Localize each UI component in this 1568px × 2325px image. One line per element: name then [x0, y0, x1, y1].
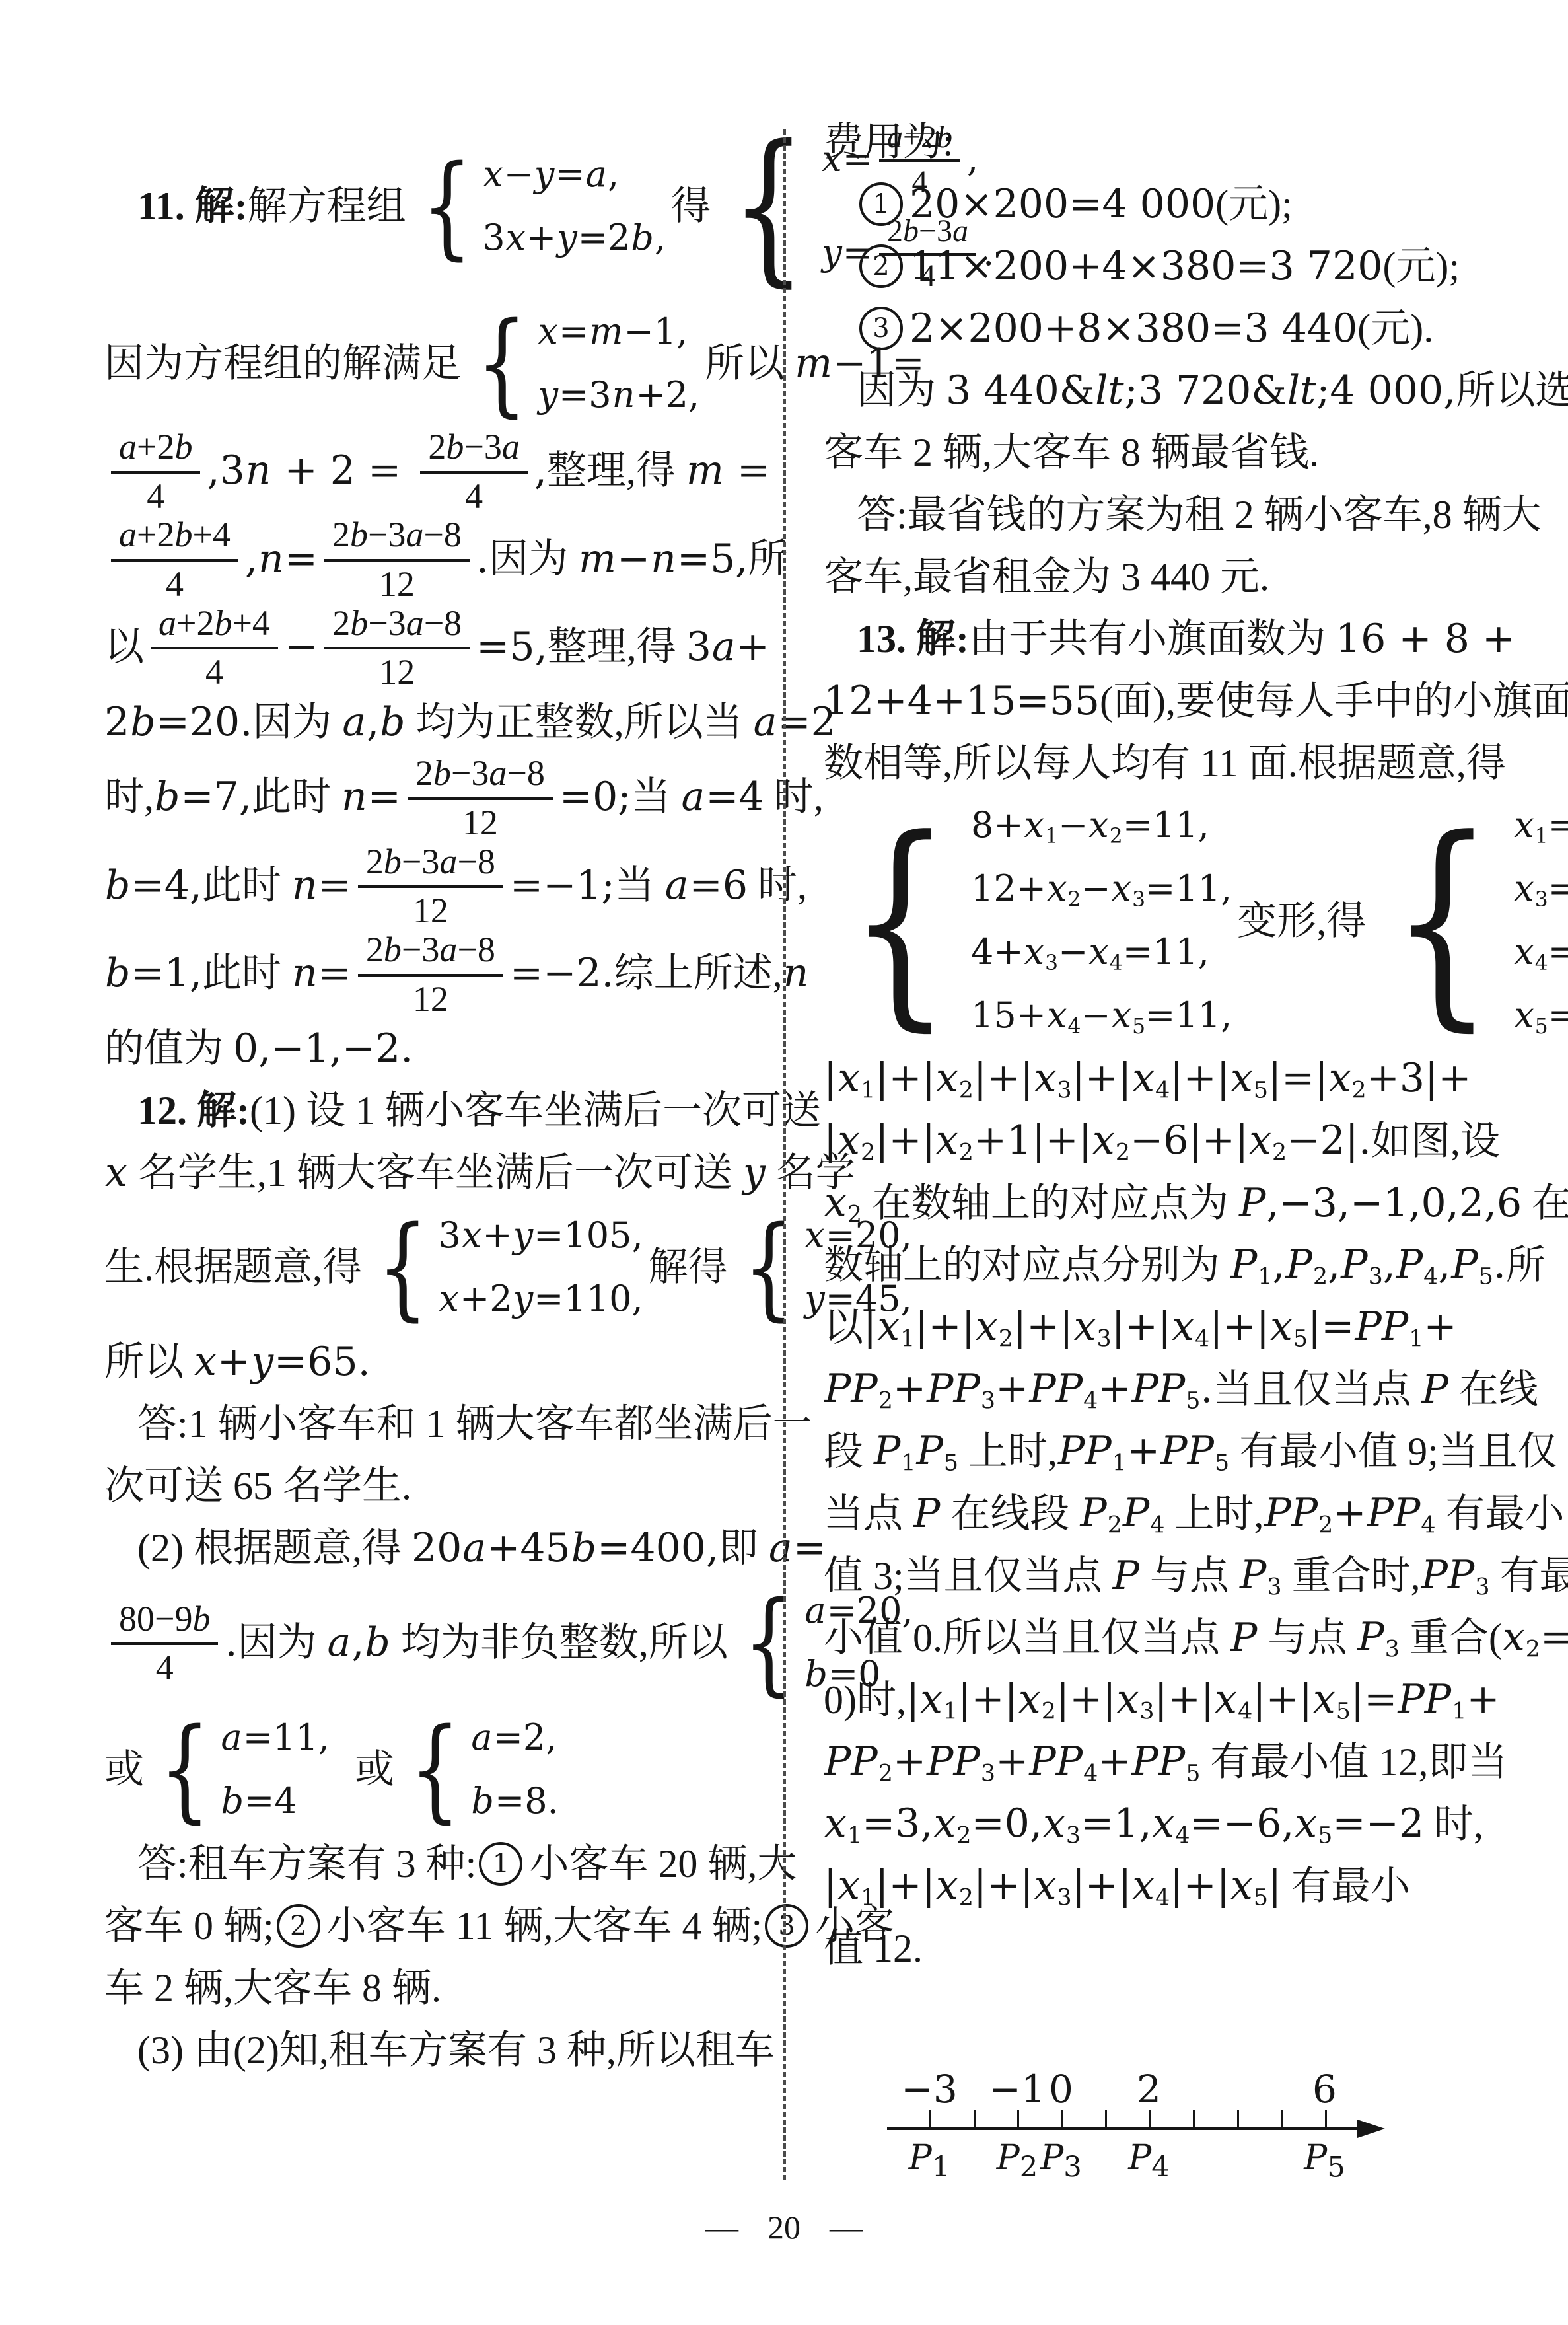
- system-rows: x=m−1,y=3n+2,: [538, 300, 700, 427]
- text-line: 12. 解:(1) 设 1 辆小客车坐满后一次可送: [104, 1080, 762, 1142]
- text-line: 次可送 65 名学生.: [104, 1455, 762, 1517]
- text-run: 即: [719, 1526, 768, 1571]
- workbook-page: 11. 解:解方程组{x−y=a,3x+y=2b,得{x=a+2b4,y=2b−…: [0, 0, 1568, 2325]
- axis-tick: [1017, 2110, 1019, 2129]
- system-row: x3=x2+1,: [1513, 858, 1568, 921]
- math-run: ,: [534, 448, 547, 494]
- column-divider: [783, 129, 786, 2180]
- system-row: 15+x4−x5=11,: [971, 984, 1232, 1048]
- fraction-denominator: 4: [156, 1645, 174, 1687]
- text-run: 由于共有小旗面数为: [969, 616, 1336, 662]
- text-run: (2) 根据题意,得: [137, 1526, 411, 1571]
- text-run: 与点: [1140, 1553, 1239, 1599]
- tick-value-label: −1: [989, 2067, 1046, 2112]
- math-run: 3a+: [686, 624, 769, 670]
- system-row: b=8.: [470, 1769, 558, 1833]
- system-rows: 3x+y=105,x+2y=110,: [439, 1204, 643, 1331]
- system-row: x4=x2−6,: [1513, 921, 1568, 984]
- fraction-numerator: 2b−3a−8: [408, 753, 553, 800]
- tick-value-label: −3: [901, 2067, 958, 2112]
- math-run: n=: [291, 951, 351, 996]
- text-line: 客车 0 辆;2小客车 11 辆,大客车 4 辆;3小客: [104, 1895, 762, 1957]
- equation-system: {x−y=a,3x+y=2b,: [411, 143, 666, 270]
- text-line: 答:1 辆小客车和 1 辆大客车都坐满后一: [104, 1393, 762, 1455]
- equation-system: {a=11,b=4: [149, 1706, 330, 1833]
- text-line: 值 3;当且仅当点 P 与点 P3 重合时,PP3 有最: [824, 1545, 1481, 1607]
- tick-value-label: 0: [1049, 2067, 1073, 2112]
- text-line: x1=3,x2=0,x3=1,x4=−6,x5=−2 时,: [824, 1793, 1481, 1855]
- point-label: P3: [1040, 2138, 1082, 2184]
- fraction: a+2b+44: [151, 603, 278, 691]
- math-run: 3x+y=2b,: [482, 217, 666, 258]
- text-run: 因为: [857, 368, 946, 414]
- text-run: 所以: [104, 1339, 194, 1385]
- text-run: (1) 设 1 辆小客车坐满后一次可送: [250, 1088, 821, 1134]
- text-run: 所: [1506, 1243, 1546, 1288]
- text-run: 时,: [104, 774, 154, 820]
- text-line: 120×200=4 000(元);: [824, 173, 1481, 235]
- fraction-numerator: 80−9b: [111, 1599, 218, 1646]
- point-label: P2: [997, 2138, 1038, 2184]
- math-run: 15+x4−x5=11,: [971, 995, 1232, 1037]
- math-run: a,b: [327, 1620, 391, 1666]
- text-run: 客车 0 辆;: [104, 1903, 274, 1949]
- text-run: 以: [104, 624, 144, 670]
- fraction: a+2b+44: [111, 515, 238, 603]
- text-run: 小值 0.所以当且仅当点: [824, 1615, 1230, 1661]
- equation-system: {a=2,b=8.: [400, 1706, 559, 1833]
- text-line: PP2+PP3+PP4+PP5.当且仅当点 P 在线: [824, 1358, 1481, 1421]
- system-row: x−y=a,: [482, 143, 666, 206]
- text-line: 13. 解:由于共有小旗面数为 16 + 8 +: [824, 608, 1481, 670]
- math-run: PP2+PP4: [1264, 1491, 1435, 1537]
- fraction: 2b−3a−812: [324, 515, 470, 603]
- text-line: (3) 由(2)知,租车方案有 3 种,所以租车: [104, 2019, 762, 2081]
- left-brace-icon: {: [849, 815, 951, 1027]
- text-run: 车 2 辆,大客车 8 辆.: [104, 1966, 441, 2011]
- answer-marker: 13. 解:: [857, 616, 969, 662]
- math-run: a=: [768, 1526, 826, 1571]
- text-run: 时,: [748, 863, 807, 908]
- math-run: 0,−1,−2.: [233, 1026, 413, 1072]
- left-brace-icon: {: [421, 153, 472, 260]
- axis-tick: [1237, 2110, 1239, 2129]
- math-run: P: [1230, 1615, 1258, 1661]
- text-line: 因为 3 440&lt;3 720&lt;4 000,所以选择租小: [824, 359, 1481, 422]
- math-run: 4+x3−x4=11,: [971, 932, 1209, 974]
- text-line: a+2b4,3n + 2 = 2b−3a4,整理,得 m =: [104, 427, 762, 515]
- circled-number: 3: [765, 1904, 808, 1948]
- footer-dash-right: —: [830, 2208, 863, 2246]
- axis-tick: [1061, 2110, 1063, 2129]
- circled-number: 2: [277, 1904, 320, 1948]
- system-row: 12+x2−x3=11,: [971, 858, 1232, 921]
- text-line: 车 2 辆,大客车 8 辆.: [104, 1957, 762, 2019]
- text-run: 当: [631, 774, 681, 820]
- text-run: 有最小: [1435, 1491, 1564, 1537]
- text-line: 生.根据题意,得{3x+y=105,x+2y=110,解得{x=20,y=45,: [104, 1204, 762, 1331]
- text-line: {8+x1−x2=11,12+x2−x3=11,4+x3−x4=11,15+x4…: [824, 794, 1481, 1048]
- axis-tick: [929, 2110, 931, 2129]
- system-row: x+2y=110,: [439, 1267, 643, 1331]
- answer-marker: 11. 解:: [137, 184, 248, 229]
- text-run: 时,: [764, 774, 824, 820]
- axis-tick: [974, 2110, 976, 2129]
- text-run: (元);: [1382, 244, 1460, 289]
- text-run: 次可送 65 名学生.: [104, 1463, 411, 1509]
- text-run: 因为: [252, 700, 341, 745]
- text-run: 重合(: [1400, 1615, 1502, 1661]
- math-run: x=m−1,: [538, 311, 688, 352]
- text-run: 值 12.: [824, 1926, 923, 1972]
- text-line: b=4,此时 n=2b−3a−812=−1;当 a=6 时,: [104, 842, 762, 930]
- text-run: 答:最省钱的方案为租 2 辆小客车,8 辆大: [857, 492, 1542, 538]
- text-run: 段: [824, 1429, 873, 1475]
- text-run: 数相等,所以每人均有 11 面.根据题意,得: [824, 741, 1506, 786]
- fraction: 2b−3a−812: [324, 603, 470, 691]
- math-run: P1,P2,P3,P4,P5.: [1230, 1242, 1506, 1289]
- math-run: a=2,: [470, 1717, 557, 1758]
- math-run: P3: [1357, 1615, 1400, 1662]
- math-run: |x1|+|x2|+|x3|+|x4|+|x5|: [824, 1863, 1281, 1910]
- axis-tick: [1105, 2110, 1107, 2129]
- text-line: 段 P1P5 上时,PP1+PP5 有最小值 9;当且仅: [824, 1421, 1481, 1483]
- text-run: 所: [748, 536, 787, 582]
- point-label: P4: [1128, 2138, 1170, 2184]
- text-line: 费用为:: [824, 111, 1481, 173]
- text-run: 在数轴上的对应点为: [862, 1181, 1238, 1226]
- text-run: (面),要使每人手中的小旗面: [1100, 679, 1568, 724]
- text-run: 或: [104, 1747, 144, 1792]
- axis-arrow-icon: [1357, 2120, 1385, 2138]
- text-run: 在线段: [941, 1491, 1079, 1537]
- fraction: a+2b4: [111, 427, 200, 515]
- math-run: PP2+PP3+PP4+PP5.: [824, 1366, 1213, 1413]
- math-run: |x1|+|x2|+|x3|+|x4|+|x5|=PP1+: [863, 1304, 1457, 1351]
- math-run: n=: [341, 774, 401, 820]
- math-run: 3x+y=105,: [439, 1215, 643, 1256]
- point-label: P1: [909, 2138, 950, 2184]
- math-run: b=4,: [104, 863, 202, 908]
- math-run: b=8.: [470, 1781, 558, 1822]
- math-run: x5=x2−2,: [1513, 995, 1568, 1037]
- text-run: 值 3;当且仅当点: [824, 1553, 1112, 1599]
- system-row: x=m−1,: [538, 300, 700, 363]
- equation-system: {3x+y=105,x+2y=110,: [367, 1204, 643, 1331]
- axis-tick: [1193, 2110, 1195, 2129]
- fraction-numerator: 2b−3a−8: [358, 842, 503, 889]
- left-column: 11. 解:解方程组{x−y=a,3x+y=2b,得{x=a+2b4,y=2b−…: [104, 112, 762, 2081]
- fraction: 2b−3a−812: [358, 930, 503, 1017]
- fraction: 2b−3a−812: [358, 842, 503, 930]
- math-run: |x2|+|x2+1|+|x2−6|+|x2−2|.: [824, 1118, 1371, 1165]
- math-run: 12+4+15=55: [824, 679, 1100, 724]
- text-line: |x1|+|x2|+|x3|+|x4|+|x5|=|x2+3|+: [824, 1048, 1481, 1110]
- fraction-denominator: 12: [379, 562, 415, 603]
- math-run: x+y=65.: [194, 1339, 371, 1385]
- math-run: =5,: [476, 624, 548, 670]
- text-run: 在: [1522, 1181, 1568, 1226]
- math-run: P1P5: [873, 1428, 958, 1475]
- text-run: (元);: [1215, 182, 1293, 227]
- text-run: 所以选择租小: [1456, 368, 1568, 414]
- fraction-numerator: a+2b+4: [151, 603, 278, 650]
- math-run: 2×200+8×380=3 440: [909, 306, 1357, 351]
- text-run: 当: [615, 863, 664, 908]
- math-run: 8+x1−x2=11,: [971, 805, 1209, 847]
- axis-tick: [1149, 2110, 1151, 2129]
- text-line: 32×200+8×380=3 440(元).: [824, 297, 1481, 359]
- text-line: x 名学生,1 辆大客车坐满后一次可送 y 名学: [104, 1142, 762, 1204]
- math-run: n: [783, 951, 810, 996]
- math-run: PP3: [1421, 1553, 1490, 1600]
- number-line-figure: −3P1−1P20P32P46P5: [887, 2064, 1429, 2203]
- math-run: 20×200=4 000: [909, 182, 1215, 227]
- text-run: 此时: [252, 774, 341, 820]
- text-run: 此时: [202, 951, 291, 996]
- text-run: 与点: [1258, 1615, 1357, 1661]
- text-line: x2 在数轴上的对应点为 P,−3,−1,0,2,6 在: [824, 1172, 1481, 1234]
- math-run: n=: [291, 863, 351, 908]
- system-rows: x−y=a,3x+y=2b,: [482, 143, 666, 270]
- left-brace-icon: {: [410, 1716, 460, 1823]
- text-run: 因为: [238, 1620, 327, 1666]
- fraction: 2b−3a−812: [408, 753, 553, 841]
- math-run: 16 + 8 +: [1336, 616, 1515, 662]
- text-run: 整理,得: [547, 448, 686, 494]
- math-run: m =: [686, 448, 770, 494]
- text-line: 数相等,所以每人均有 11 面.根据题意,得: [824, 732, 1481, 794]
- system-row: 3x+y=105,: [439, 1204, 643, 1267]
- math-run: =−2.: [510, 951, 614, 996]
- text-line: 2b=20.因为 a,b 均为正整数,所以当 a=2: [104, 691, 762, 753]
- text-run: 费用为:: [824, 120, 954, 165]
- text-line: 的值为 0,−1,−2.: [104, 1017, 762, 1080]
- text-run: 有最小: [1281, 1864, 1410, 1909]
- math-run: PP2+PP3+PP4+PP5: [824, 1739, 1200, 1786]
- text-line: |x2|+|x2+1|+|x2−6|+|x2−2|.如图,设: [824, 1110, 1481, 1172]
- text-run: 因为: [489, 536, 578, 582]
- fraction-denominator: 12: [413, 977, 448, 1018]
- system-row: b=4: [221, 1769, 330, 1833]
- text-line: 以a+2b+44−2b−3a−812=5,整理,得 3a+: [104, 603, 762, 691]
- fraction-denominator: 12: [379, 649, 415, 691]
- text-line: 80−9b4.因为 a,b 均为非负整数,所以{a=20,b=0: [104, 1579, 762, 1706]
- text-run: 当点: [824, 1491, 913, 1537]
- axis-tick: [1325, 2110, 1327, 2129]
- left-brace-icon: {: [159, 1716, 210, 1823]
- text-run: 综上所述,: [614, 951, 783, 996]
- left-brace-icon: {: [377, 1214, 428, 1321]
- text-line: 所以 x+y=65.: [104, 1331, 762, 1393]
- text-run: 因为方程组的解满足: [104, 341, 461, 387]
- math-run: P: [1421, 1367, 1448, 1413]
- page-number: 20: [767, 2208, 801, 2246]
- text-run: 整理,得: [548, 624, 686, 670]
- text-run: 在线: [1449, 1367, 1538, 1413]
- text-line: a+2b+44,n=2b−3a−812.因为 m−n=5,所: [104, 515, 762, 603]
- text-line: 11. 解:解方程组{x−y=a,3x+y=2b,得{x=a+2b4,y=2b−…: [104, 112, 762, 300]
- answer-marker: 12. 解:: [137, 1088, 250, 1134]
- math-run: x1=3,x2=0,x3=1,x4=−6,x5=−2: [824, 1801, 1424, 1848]
- fraction-numerator: 2b−3a−8: [324, 603, 470, 650]
- math-run: a=11,: [221, 1717, 330, 1758]
- point-label: P5: [1304, 2138, 1345, 2184]
- math-run: 2b=20.: [104, 700, 252, 745]
- left-brace-icon: {: [476, 311, 527, 417]
- text-line: 值 12.: [824, 1917, 1481, 1979]
- page-footer: — 20 —: [652, 2208, 916, 2246]
- fraction-denominator: 12: [462, 800, 498, 842]
- text-line: 因为方程组的解满足{x=m−1,y=3n+2,所以 m−1=: [104, 300, 762, 427]
- text-run: 或: [335, 1747, 394, 1792]
- text-line: 12+4+15=55(面),要使每人手中的小旗面: [824, 670, 1481, 732]
- text-line: 客车,最省租金为 3 440 元.: [824, 546, 1481, 608]
- text-run: 解得: [649, 1245, 728, 1290]
- system-row: y=3n+2,: [538, 363, 700, 427]
- math-run: x2=: [1502, 1615, 1568, 1662]
- math-run: |x1|+|x2|+|x3|+|x4|+|x5|=PP1+: [906, 1677, 1500, 1724]
- text-run: 重合时,: [1282, 1553, 1421, 1599]
- text-run: 上时,: [1164, 1491, 1264, 1537]
- text-run: 答:租车方案有 3 种:: [137, 1841, 476, 1887]
- system-rows: 8+x1−x2=11,12+x2−x3=11,4+x3−x4=11,15+x4−…: [971, 794, 1232, 1048]
- math-run: a=6: [664, 863, 748, 908]
- circled-number: 2: [859, 244, 903, 288]
- text-line: 211×200+4×380=3 720(元);: [824, 235, 1481, 297]
- text-run: 有最: [1489, 1553, 1568, 1599]
- tick-value-label: 6: [1312, 2067, 1337, 2112]
- math-run: a=4: [681, 774, 764, 820]
- system-row: a=2,: [470, 1706, 558, 1769]
- math-run: b=7,: [154, 774, 252, 820]
- math-run: P,−3,−1,0,2,6: [1238, 1181, 1522, 1226]
- fraction-denominator: 4: [147, 474, 164, 515]
- text-run: 上时,: [958, 1429, 1057, 1475]
- text-line: 数轴上的对应点分别为 P1,P2,P3,P4,P5.所: [824, 1234, 1481, 1296]
- math-run: x: [104, 1150, 128, 1196]
- math-run: m−n=5,: [578, 536, 748, 582]
- system-row: x5=x2−2,: [1513, 984, 1568, 1048]
- math-run: y: [742, 1150, 766, 1196]
- left-brace-icon: {: [743, 1590, 794, 1696]
- text-run: 时,: [1424, 1802, 1483, 1847]
- equation-system: {8+x1−x2=11,12+x2−x3=11,4+x3−x4=11,15+x4…: [829, 794, 1232, 1048]
- text-line: b=1,此时 n=2b−3a−812=−2.综上所述,n: [104, 930, 762, 1017]
- axis-tick: [1281, 2110, 1283, 2129]
- circled-number: 1: [479, 1842, 522, 1886]
- fraction-denominator: 4: [205, 649, 223, 691]
- text-line: PP2+PP3+PP4+PP5 有最小值 12,即当: [824, 1731, 1481, 1793]
- text-line: 或{a=11,b=4 或{a=2,b=8.: [104, 1706, 762, 1833]
- equation-system: {x1=x2+3,x3=x2+1,x4=x2−6,x5=x2−2,: [1371, 794, 1568, 1048]
- fraction-numerator: 2b−3a−8: [358, 930, 503, 977]
- text-run: 数轴上的对应点分别为: [824, 1243, 1230, 1288]
- circled-number: 3: [859, 307, 903, 350]
- text-run: 所以: [705, 341, 794, 387]
- text-run: 的值为: [104, 1026, 233, 1072]
- system-rows: a=11,b=4: [221, 1706, 330, 1833]
- text-line: 客车 2 辆,大客车 8 辆最省钱.: [824, 422, 1481, 484]
- text-run: 小客车 20 辆,大: [529, 1841, 797, 1887]
- math-run: .: [476, 536, 489, 582]
- text-line: 0)时,|x1|+|x2|+|x3|+|x4|+|x5|=PP1+: [824, 1669, 1481, 1731]
- text-run: 客车,最省租金为 3 440 元.: [824, 554, 1269, 600]
- text-run: 名学生,1 辆大客车坐满后一次可送: [128, 1150, 742, 1196]
- text-line: 时,b=7,此时 n=2b−3a−812=0;当 a=4 时,: [104, 753, 762, 841]
- text-run: (元).: [1357, 306, 1433, 351]
- math-run: y=3n+2,: [538, 375, 700, 416]
- text-run: 有最小值 12,即当: [1200, 1740, 1507, 1785]
- fraction-denominator: 12: [413, 888, 448, 930]
- text-line: 以|x1|+|x2|+|x3|+|x4|+|x5|=PP1+: [824, 1296, 1481, 1358]
- system-rows: x1=x2+3,x3=x2+1,x4=x2−6,x5=x2−2,: [1513, 794, 1568, 1048]
- fraction-numerator: 2b−3a: [420, 427, 527, 474]
- text-line: |x1|+|x2|+|x3|+|x4|+|x5| 有最小: [824, 1855, 1481, 1917]
- math-run: x1=x2+3,: [1513, 805, 1568, 847]
- fraction-denominator: 4: [166, 562, 184, 603]
- math-run: P3: [1239, 1553, 1282, 1600]
- footer-dash-left: —: [705, 2208, 738, 2246]
- math-run: b=4: [221, 1781, 297, 1822]
- math-run: 11×200+4×380=3 720: [909, 244, 1382, 289]
- left-brace-icon: {: [731, 128, 806, 285]
- text-run: 变形,得: [1237, 899, 1366, 944]
- axis-line: [887, 2127, 1360, 2130]
- system-row: 8+x1−x2=11,: [971, 794, 1232, 858]
- math-run: x2: [824, 1180, 862, 1227]
- math-run: x3=x2+1,: [1513, 868, 1568, 910]
- system-row: x1=x2+3,: [1513, 794, 1568, 858]
- text-line: 当点 P 在线段 P2P4 上时,PP2+PP4 有最小: [824, 1483, 1481, 1545]
- system-row: a=11,: [221, 1706, 330, 1769]
- text-run: 此时: [202, 863, 291, 908]
- text-run: 0)时,: [824, 1678, 906, 1723]
- tick-value-label: 2: [1137, 2067, 1161, 2112]
- math-run: b=1,: [104, 951, 202, 996]
- fraction: 2b−3a4: [420, 427, 527, 515]
- text-run: 有最小值 9;当且仅: [1229, 1429, 1557, 1475]
- text-run: 生.根据题意,得: [104, 1245, 362, 1290]
- fraction-numerator: a+2b: [111, 427, 200, 474]
- fraction-numerator: 2b−3a−8: [324, 515, 470, 562]
- math-run: 3 440&lt;3 720&lt;4 000,: [946, 368, 1456, 414]
- equation-system: {x=m−1,y=3n+2,: [466, 300, 699, 427]
- text-run: 得: [671, 184, 711, 229]
- text-run: 均为正整数,所以当: [406, 700, 753, 745]
- text-run: (3) 由(2)知,租车方案有 3 种,所以租车: [137, 2028, 775, 2073]
- math-run: P: [913, 1491, 941, 1537]
- text-run: 小客车 11 辆,大客车 4 辆;: [327, 1903, 762, 1949]
- text-line: 小值 0.所以当且仅当点 P 与点 P3 重合(x2=: [824, 1607, 1481, 1669]
- math-run: =0;: [559, 774, 631, 820]
- text-line: 答:最省钱的方案为租 2 辆小客车,8 辆大: [824, 484, 1481, 546]
- text-run: 如图,设: [1371, 1119, 1500, 1164]
- math-run: P: [1112, 1553, 1140, 1599]
- math-run: a,b: [341, 700, 406, 745]
- math-run: 12+x2−x3=11,: [971, 868, 1232, 910]
- system-rows: a=2,b=8.: [470, 1706, 558, 1833]
- fraction: 80−9b4: [111, 1599, 218, 1687]
- math-run: 20a+45b=400,: [411, 1526, 719, 1571]
- math-run: x+2y=110,: [439, 1278, 643, 1319]
- circled-number: 1: [859, 182, 903, 226]
- math-run: =−1;: [510, 863, 615, 908]
- math-run: −: [285, 624, 318, 670]
- text-line: (2) 根据题意,得 20a+45b=400,即 a=: [104, 1517, 762, 1579]
- math-run: x4=x2−6,: [1513, 932, 1568, 974]
- text-run: 当且仅当点: [1213, 1367, 1421, 1413]
